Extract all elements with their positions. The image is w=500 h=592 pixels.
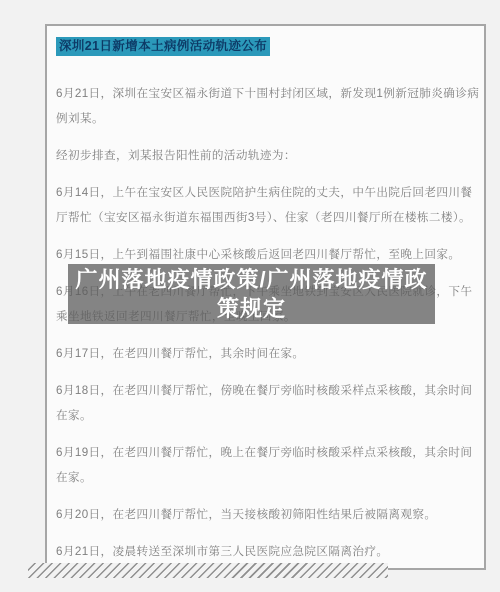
overlay-title-line2: 策规定	[217, 294, 286, 323]
paragraph-june-20: 6月20日，在老四川餐厅帮忙，当天接核酸初筛阳性结果后被隔离观察。	[56, 502, 481, 527]
paragraph-june-18: 6月18日，在老四川餐厅帮忙，傍晚在餐厅旁临时核酸采样点采核酸，其余时间在家。	[56, 378, 481, 428]
headline-badge: 深圳21日新增本土病例活动轨迹公布	[56, 37, 270, 56]
overlay-title-line1: 广州落地疫情政策/广州落地疫情政	[75, 265, 427, 294]
paragraph-intro: 经初步排查，刘某报告阳性前的活动轨迹为：	[56, 143, 481, 168]
diagonal-hatch-border	[28, 563, 388, 578]
paragraph-june-19: 6月19日，在老四川餐厅帮忙，晚上在餐厅旁临时核酸采样点采核酸，其余时间在家。	[56, 440, 481, 490]
paragraph-june-14: 6月14日，上午在宝安区人民医院陪护生病住院的丈夫，中午出院后回老四川餐厅帮忙（…	[56, 180, 481, 230]
paragraph-june-17: 6月17日，在老四川餐厅帮忙，其余时间在家。	[56, 341, 481, 366]
paragraph-case-announcement: 6月21日，深圳在宝安区福永街道下十围村封闭区域，新发现1例新冠肺炎确诊病例刘某…	[56, 81, 481, 131]
title-overlay: 广州落地疫情政策/广州落地疫情政 策规定	[68, 264, 435, 324]
paragraph-june-21: 6月21日，凌晨转送至深圳市第三人民医院应急院区隔离治疗。	[56, 539, 481, 564]
